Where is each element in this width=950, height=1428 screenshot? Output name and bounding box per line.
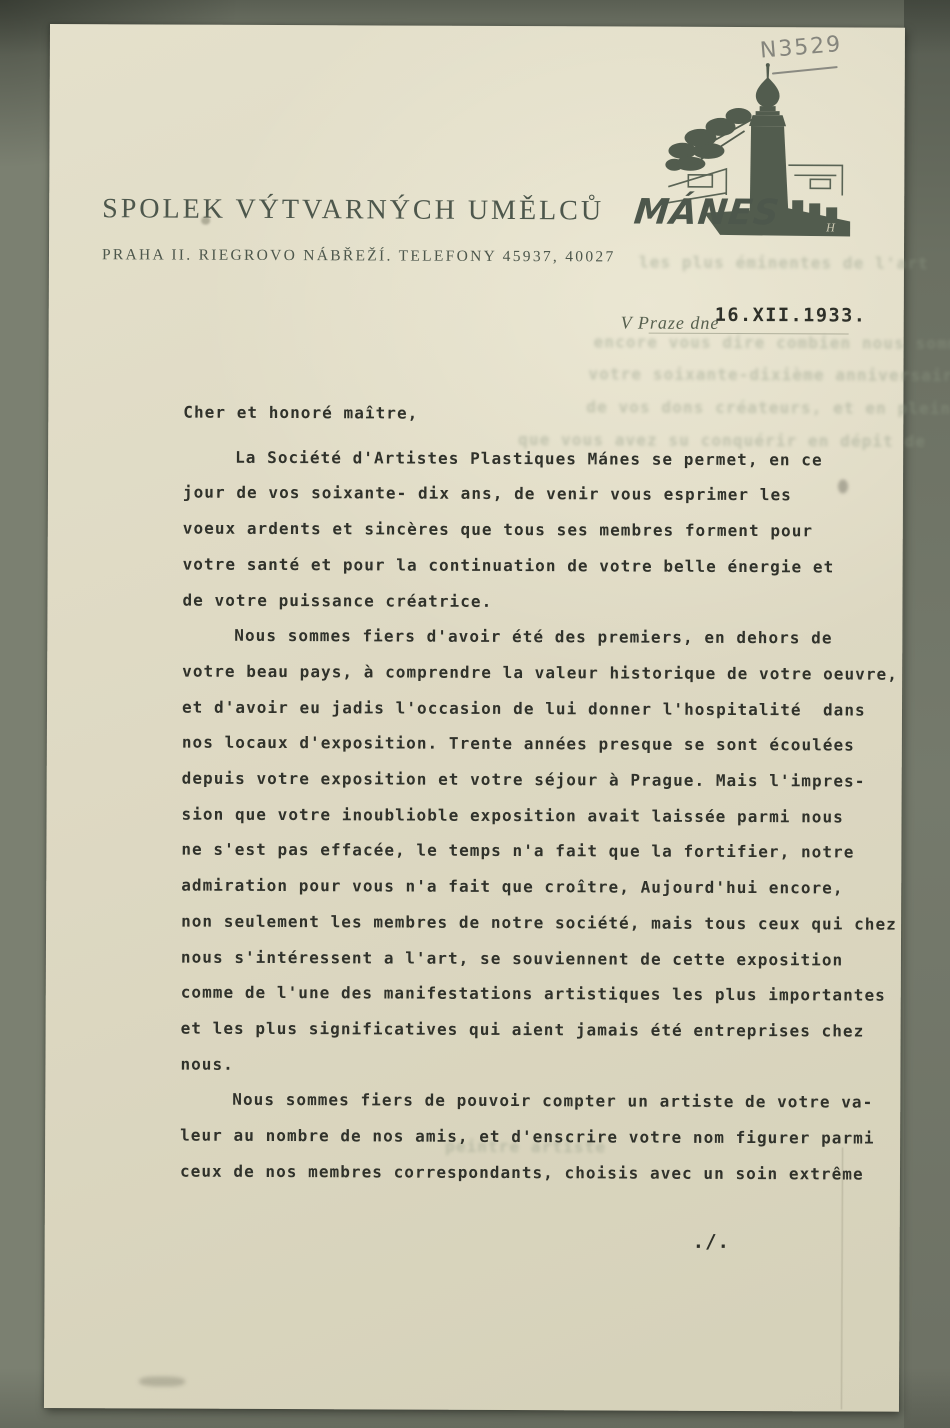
body-line: depuis votre exposition et votre séjour … [182, 761, 922, 800]
body-line: Cher et honoré maître, [183, 395, 923, 434]
manes-logotype: MÁNES [632, 193, 782, 234]
body-line: comme de l'une des manifestations artist… [181, 975, 921, 1014]
svg-text:H: H [825, 220, 836, 234]
body-line: leur au nombre de nos amis, et d'enscrir… [180, 1118, 920, 1157]
continuation-mark: ./. [693, 1231, 730, 1253]
body-line: non seulement les membres de notre socié… [181, 903, 921, 942]
body-line: nous s'intéressent a l'art, se souvienne… [181, 939, 921, 978]
body-line: et d'avoir eu jadis l'occasion de lui do… [182, 689, 922, 728]
body-line: ceux de nos membres correspondants, choi… [180, 1153, 920, 1192]
body-line: votre santé et pour la continuation de v… [183, 546, 923, 585]
body-line: sion que votre inoublioble exposition av… [181, 796, 921, 835]
body-line: jour de vos soixante- dix ans, de venir … [183, 475, 923, 514]
bleedthrough-line: les plus éminentes de l'art [639, 253, 929, 273]
dateline-typed-date: 16.XII.1933. [715, 305, 867, 327]
body-line: et les plus significatives qui aient jam… [181, 1011, 921, 1050]
paper-crease [841, 1147, 843, 1409]
body-line: Nous sommes fiers d'avoir été des premie… [182, 618, 922, 657]
letter-body: Cher et honoré maître,La Société d'Artis… [180, 395, 923, 1193]
body-line: nous. [180, 1046, 920, 1085]
body-line: ne s'est pas effacée, le temps n'a fait … [181, 832, 921, 871]
verso-bleedthrough-layer: les plus éminentes de l'artencore vous d… [50, 24, 905, 28]
bleedthrough-line: encore vous dire combien nous sommes [594, 332, 950, 353]
body-line: votre beau pays, à comprendre la valeur … [182, 654, 922, 693]
address-telephone-line: PRAHA II. RIEGROVO NÁBŘEŽÍ. TELEFONY 459… [102, 246, 616, 266]
body-line: de votre puissance créatrice. [182, 582, 922, 621]
dateline-printed-label: V Praze dne [621, 312, 720, 333]
scan-background: { "scan": { "catalog_number": "N3529" },… [0, 0, 950, 1428]
body-line: Nous sommes fiers de pouvoir compter un … [180, 1082, 920, 1121]
bleedthrough-line: votre soixante-dixième anniversaire [588, 364, 950, 385]
paper-stain [139, 1376, 185, 1386]
body-line: admiration pour vous n'a fait que croîtr… [181, 868, 921, 907]
letter-paper: N3529 [44, 24, 905, 1412]
catalog-number-handwritten: N3529 [759, 32, 843, 64]
body-line: voeux ardents et sincères que tous ses m… [183, 511, 923, 550]
body-line: La Société d'Artistes Plastiques Mánes s… [183, 439, 923, 478]
body-line: nos locaux d'exposition. Trente années p… [182, 725, 922, 764]
organization-name: SPOLEK VÝTVARNÝCH UMĚLCŮ [102, 193, 604, 227]
